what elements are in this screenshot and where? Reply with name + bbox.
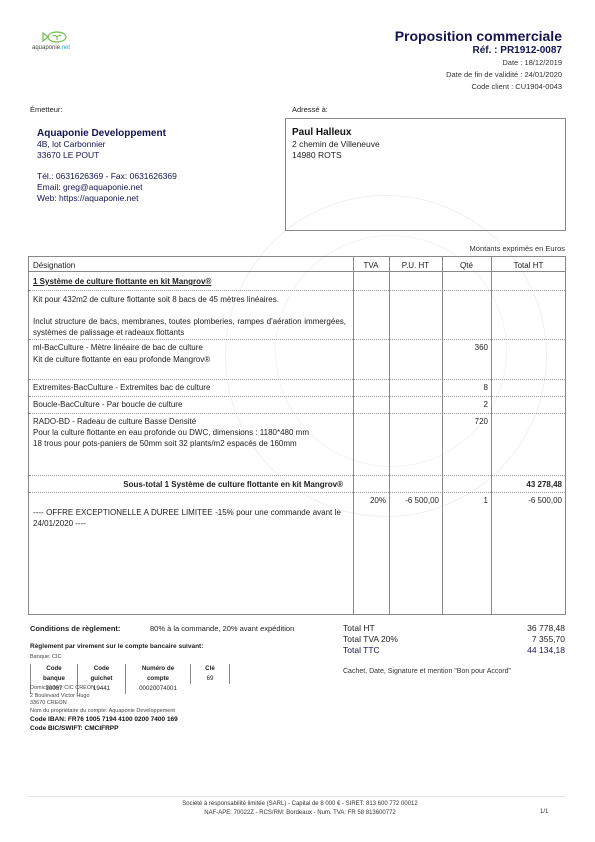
total-ht-value: 36 778,48 — [527, 623, 565, 634]
branch-code-header: Code guichet — [83, 664, 120, 684]
footer-line-2: NAF-APE: 70022Z - RCS/RM: Bordeaux - Num… — [100, 809, 500, 818]
document-title: Proposition commerciale — [395, 28, 562, 44]
domiciliation-address-1: 2 Boulevard Victor Hugo — [30, 693, 175, 701]
recipient-address-2: 14980 ROTS — [292, 150, 559, 161]
row-divider — [29, 379, 565, 380]
bank-codes: Code IBAN: FR76 1005 7194 4100 0200 7400… — [30, 715, 178, 733]
row-divider — [29, 339, 565, 340]
emitter-website[interactable]: Web: https://aquaponie.net — [37, 193, 177, 204]
recipient-name: Paul Halleux — [292, 127, 559, 139]
total-ht-label: Total HT — [343, 623, 375, 634]
item-line-1: RADO-BD - Radeau de culture Basse Densit… — [33, 416, 196, 427]
row-divider — [29, 413, 565, 414]
iban: Code IBAN: FR76 1005 7194 4100 0200 7400… — [30, 715, 178, 724]
offer-pu: -6 500,00 — [389, 495, 439, 506]
item-qty: 2 — [442, 399, 488, 410]
col-divider — [353, 257, 354, 614]
document-date: Date : 18/12/2019 — [395, 57, 562, 69]
emitter-label: Émetteur: — [30, 105, 63, 114]
item-line-2: Pour la culture flottante en eau profond… — [33, 427, 309, 438]
item-line-1: Extremites-BacCulture - Extremites bac d… — [33, 382, 210, 393]
transfer-title: Règlement par virement sur le compte ban… — [30, 643, 203, 650]
recipient-box: Paul Halleux 2 chemin de Villeneuve 1498… — [285, 118, 566, 231]
header-tva: TVA — [353, 260, 389, 271]
section-description-2: Inclut structure de bacs, membranes, tou… — [33, 316, 346, 338]
item-qty: 8 — [442, 382, 488, 393]
item-line-1: Boucle-BacCulture - Par boucle de cultur… — [33, 399, 182, 410]
total-tva-value: 7 355,70 — [532, 634, 565, 645]
account-owner: Nom du propriétaire du compte: Aquaponie… — [30, 708, 175, 716]
bank-domiciliation: Domiciliation: CIC CREON 2 Boulevard Vic… — [30, 685, 175, 715]
bank-code-header: Code banque — [36, 664, 72, 684]
payment-conditions-value: 80% à la commande, 20% avant expédition — [150, 624, 294, 633]
page-number: 1/1 — [540, 809, 548, 815]
header-pu-ht: P.U. HT — [389, 260, 442, 271]
emitter-address-2: 33670 LE POUT — [37, 150, 177, 161]
domiciliation-address-2: 33670 CREON — [30, 700, 175, 708]
footer-line-1: Société à responsabilité limitée (SARL) … — [100, 800, 500, 809]
item-line-3: 18 trous pour pots-paniers de 50mm soit … — [33, 438, 297, 449]
offer-tva: 20% — [353, 495, 386, 506]
validity-date: Date de fin de validité : 24/01/2020 — [395, 69, 562, 81]
bank-name: Banque: CIC — [30, 654, 62, 660]
offer-qty: 1 — [442, 495, 488, 506]
header-divider — [29, 271, 565, 272]
key-value: 69 — [196, 674, 224, 684]
total-ht-row: Total HT36 778,48 — [343, 623, 565, 634]
row-divider — [29, 290, 565, 291]
payment-conditions: Conditions de règlement:80% à la command… — [30, 624, 294, 633]
offer-text: ---- OFFRE EXCEPTIONELLE A DUREE LIMITEE… — [33, 507, 341, 529]
emitter-email[interactable]: Email: greg@aquaponie.net — [37, 182, 177, 193]
bic-swift: Code BIC/SWIFT: CMCIFRPP — [30, 724, 178, 733]
domiciliation: Domiciliation: CIC CREON — [30, 685, 175, 693]
footer-legal: Société à responsabilité limitée (SARL) … — [100, 800, 500, 818]
row-divider — [29, 492, 565, 493]
subtotal-label: Sous-total 1 Système de culture flottant… — [33, 479, 343, 490]
emitter-address-1: 4B, lot Carbonnier — [37, 139, 177, 150]
recipient-address-1: 2 chemin de Villeneuve — [292, 139, 559, 150]
emitter-name: Aquaponie Developpement — [37, 128, 177, 139]
footer-divider — [28, 796, 566, 797]
total-tva-row: Total TVA 20%7 355,70 — [343, 634, 565, 645]
key-col: Clé69 — [190, 664, 230, 684]
total-ttc-value: 44 134,18 — [527, 645, 565, 656]
col-divider — [491, 257, 492, 614]
signature-note: Cachet, Date, Signature et mention "Bon … — [343, 668, 511, 675]
items-table: Désignation TVA P.U. HT Qté Total HT 1 S… — [28, 256, 566, 615]
section-description-1: Kit pour 432m2 de culture flottante soit… — [33, 294, 345, 305]
client-code: Code client : CU1904-0043 — [395, 81, 562, 93]
item-line-2: Kit de culture flottante en eau profonde… — [33, 354, 351, 365]
offer-total: -6 500,00 — [491, 495, 562, 506]
row-divider — [29, 396, 565, 397]
company-logo: aquaponie.net — [30, 30, 90, 55]
col-divider — [389, 257, 390, 614]
header-total-ht: Total HT — [491, 260, 566, 271]
col-divider — [442, 257, 443, 614]
item-line-1: ml-BacCulture - Mètre linéaire de bac de… — [33, 342, 351, 353]
section-title: 1 Système de culture flottante en kit Ma… — [33, 276, 211, 287]
total-ttc-label: Total TTC — [343, 645, 380, 656]
total-ttc-row: Total TTC44 134,18 — [343, 645, 565, 656]
item-qty: 360 — [442, 342, 488, 353]
account-number-header: Numéro de compte — [131, 664, 185, 684]
logo-suffix: .net — [60, 45, 70, 51]
emitter-phone: Tél.: 0631626369 - Fax: 0631626369 — [37, 171, 177, 182]
subtotal-value: 43 278,48 — [491, 479, 562, 490]
document-reference: Réf. : PR1912-0087 — [395, 44, 562, 57]
fish-leaf-logo-icon — [30, 30, 90, 44]
currency-note: Montants exprimés en Euros — [470, 244, 565, 253]
logo-text: aquaponie — [32, 45, 60, 51]
totals-block: Total HT36 778,48 Total TVA 20%7 355,70 … — [343, 623, 565, 656]
document-header: Proposition commerciale Réf. : PR1912-00… — [395, 28, 562, 93]
recipient-label: Adressé à: — [292, 105, 328, 114]
total-tva-label: Total TVA 20% — [343, 634, 398, 645]
key-header: Clé — [196, 664, 224, 674]
payment-conditions-label: Conditions de règlement: — [30, 624, 150, 633]
header-qty: Qté — [442, 260, 491, 271]
item-qty: 720 — [442, 416, 488, 427]
row-divider — [29, 475, 565, 476]
header-designation: Désignation — [33, 260, 75, 271]
emitter-block: Aquaponie Developpement 4B, lot Carbonni… — [37, 128, 177, 204]
